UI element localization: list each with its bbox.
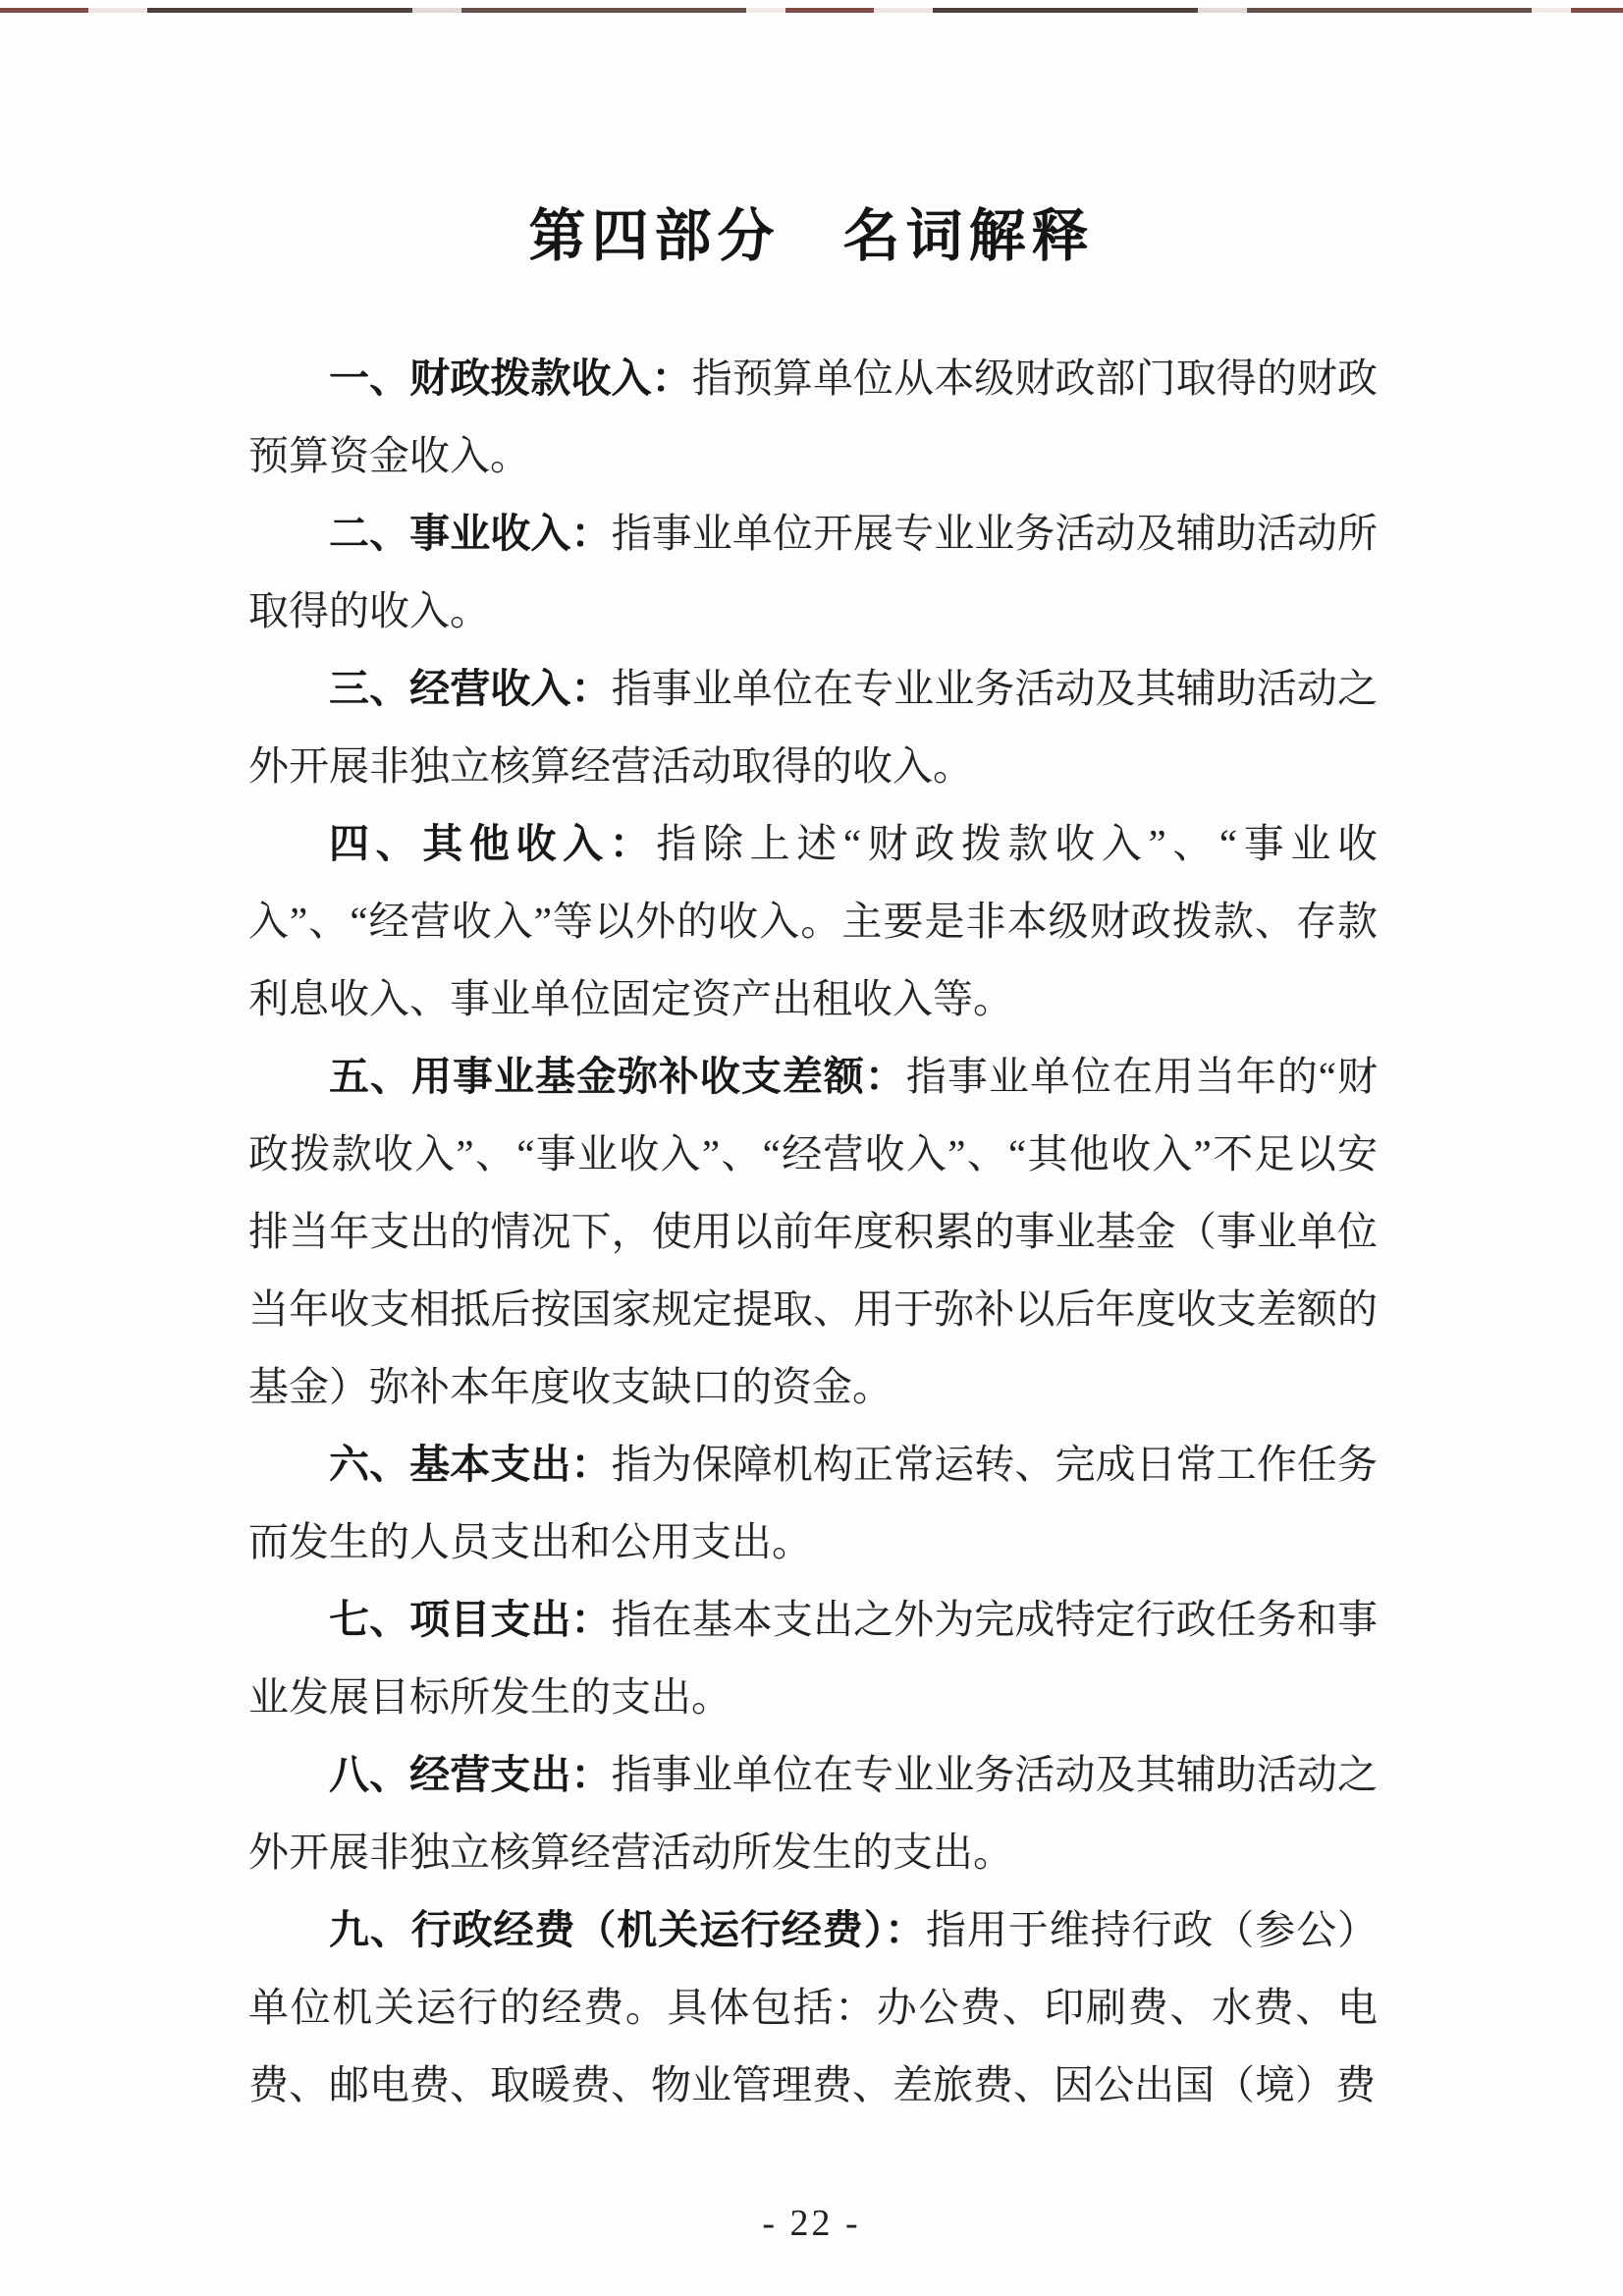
scan-edge-artifact [0,8,1623,13]
term-label: 四、其他收入： [329,821,656,866]
term-label: 二、事业收入： [329,511,612,556]
page-title: 第四部分 名词解释 [0,201,1623,272]
term-definition: 指事业单位在用当年的“财政拨款收入”、“事业收入”、“经营收入”、“其他收入”不… [248,1054,1378,1409]
term-label: 八、经营支出： [329,1752,612,1797]
definition-item: 七、项目支出：指在基本支出之外为完成特定行政任务和事业发展目标所发生的支出。 [248,1581,1378,1736]
definition-item: 三、经营收入：指事业单位在专业业务活动及其辅助活动之外开展非独立核算经营活动取得… [248,650,1378,805]
term-label: 三、经营收入： [329,666,612,711]
definition-item: 九、行政经费（机关运行经费）：指用于维持行政（参公）单位机关运行的经费。具体包括… [248,1891,1378,2124]
term-label: 七、项目支出： [329,1597,612,1642]
definition-item: 六、基本支出：指为保障机构正常运转、完成日常工作任务而发生的人员支出和公用支出。 [248,1426,1378,1581]
definition-item: 四、其他收入：指除上述“财政拨款收入”、“事业收入”、“经营收入”等以外的收入。… [248,805,1378,1038]
page-number: - 22 - [0,2202,1623,2245]
definition-item: 二、事业收入：指事业单位开展专业业务活动及辅助活动所取得的收入。 [248,495,1378,650]
definition-item: 一、财政拨款收入：指预算单位从本级财政部门取得的财政预算资金收入。 [248,340,1378,495]
document-body: 一、财政拨款收入：指预算单位从本级财政部门取得的财政预算资金收入。 二、事业收入… [248,340,1378,2124]
definition-item: 八、经营支出：指事业单位在专业业务活动及其辅助活动之外开展非独立核算经营活动所发… [248,1736,1378,1891]
document-page: 第四部分 名词解释 一、财政拨款收入：指预算单位从本级财政部门取得的财政预算资金… [0,0,1623,2296]
term-label: 六、基本支出： [329,1442,612,1487]
term-label: 五、用事业基金弥补收支差额： [329,1054,906,1099]
term-label: 一、财政拨款收入： [329,355,692,401]
term-label: 九、行政经费（机关运行经费）： [329,1907,926,1952]
definition-item: 五、用事业基金弥补收支差额：指事业单位在用当年的“财政拨款收入”、“事业收入”、… [248,1038,1378,1426]
